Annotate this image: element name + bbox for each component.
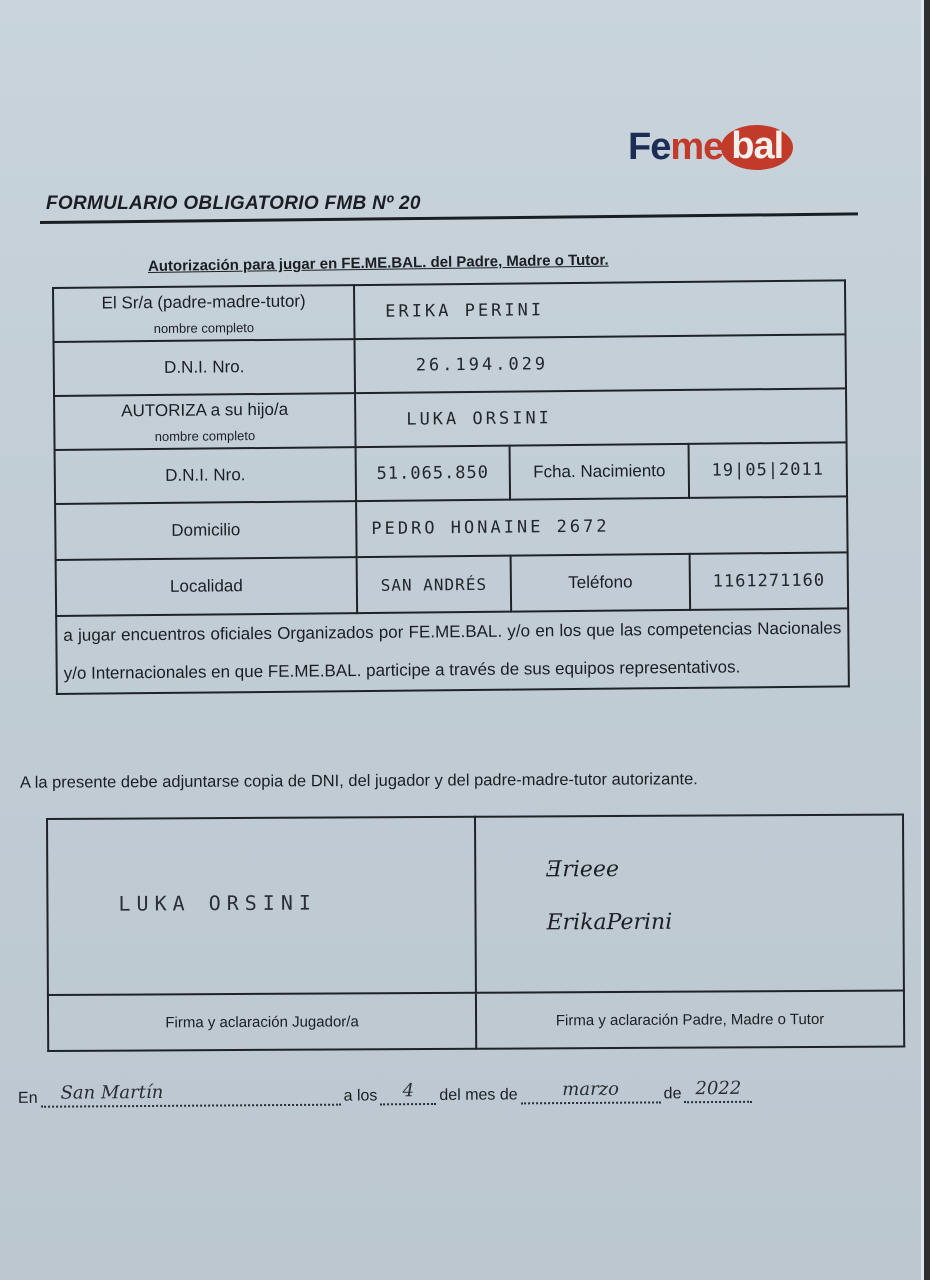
phone-label: Teléfono	[511, 554, 691, 612]
phone-field[interactable]: 1161271160	[690, 552, 849, 610]
parent-signature-name: ErikaPerini	[546, 910, 672, 936]
locality-label: Localidad	[56, 557, 358, 616]
year-field[interactable]: 2022	[684, 1083, 752, 1103]
attachment-note: A la presente debe adjuntarse copia de D…	[20, 770, 698, 793]
birth-date-label: Fcha. Nacimiento	[510, 444, 690, 500]
place-value: San Martín	[40, 1081, 340, 1104]
day-field[interactable]: 4	[380, 1085, 436, 1105]
logo-text-fe: Fe	[628, 126, 670, 169]
child-dni-field[interactable]: 51.065.850	[356, 446, 511, 501]
day-label: a los	[344, 1087, 378, 1105]
parent-signature-caption: Firma y aclaración Padre, Madre o Tutor	[476, 991, 904, 1049]
signature-table: LUKA ORSINI Ǝrieee ErikaPerini Firma y a…	[46, 814, 905, 1052]
parent-signature-mark: Ǝrieee	[546, 857, 619, 882]
authorization-paragraph: a jugar encuentros oficiales Organizados…	[56, 608, 849, 694]
authorization-form: El Sr/a (padre-madre-tutor) nombre compl…	[52, 279, 850, 695]
logo-text-bal: bal	[721, 125, 793, 170]
child-dni-label: D.N.I. Nro.	[55, 447, 357, 504]
parent-name-field[interactable]: ERIKA PERINI	[354, 280, 845, 339]
child-sublabel: nombre completo	[61, 427, 348, 445]
year-label: de	[664, 1085, 682, 1103]
parent-signature-box[interactable]: Ǝrieee ErikaPerini	[475, 815, 904, 993]
form-title: FORMULARIO OBLIGATORIO FMB Nº 20	[46, 193, 421, 215]
parent-signature: Ǝrieee ErikaPerini	[546, 857, 672, 936]
locality-field[interactable]: SAN ANDRÉS	[357, 556, 512, 613]
parent-label-text: El Sr/a (padre-madre-tutor)	[102, 291, 306, 312]
parent-sublabel: nombre completo	[60, 319, 347, 337]
parent-dni-label: D.N.I. Nro.	[54, 339, 356, 396]
address-field[interactable]: PEDRO HONAINE 2672	[356, 496, 848, 557]
birth-date-field[interactable]: 19|05|2011	[689, 442, 848, 498]
address-label: Domicilio	[55, 501, 357, 560]
parent-name-label: El Sr/a (padre-madre-tutor) nombre compl…	[53, 285, 355, 342]
player-signature-caption: Firma y aclaración Jugador/a	[48, 993, 476, 1051]
child-label-text: AUTORIZA a su hijo/a	[121, 399, 288, 420]
month-label: del mes de	[439, 1086, 517, 1105]
child-name-field[interactable]: LUKA ORSINI	[355, 388, 846, 447]
logo-text-me: me	[670, 126, 723, 169]
form-subtitle: Autorización para jugar en FE.ME.BAL. de…	[148, 252, 609, 275]
en-label: En	[18, 1090, 38, 1108]
parent-dni-field[interactable]: 26.194.029	[355, 334, 846, 393]
year-value: 2022	[684, 1078, 752, 1099]
child-name-label: AUTORIZA a su hijo/a nombre completo	[54, 393, 356, 450]
player-signature: LUKA ORSINI	[118, 891, 317, 916]
background-edge	[924, 0, 930, 1280]
place-date-line: En San Martín a los 4 del mes de marzo d…	[18, 1082, 848, 1108]
player-signature-box[interactable]: LUKA ORSINI	[47, 817, 476, 995]
femebal-logo: Femebal	[628, 124, 793, 170]
day-value: 4	[380, 1080, 436, 1101]
paper-edge	[921, 0, 924, 1280]
place-field[interactable]: San Martín	[41, 1086, 341, 1108]
month-value: marzo	[521, 1078, 661, 1100]
month-field[interactable]: marzo	[521, 1083, 661, 1104]
